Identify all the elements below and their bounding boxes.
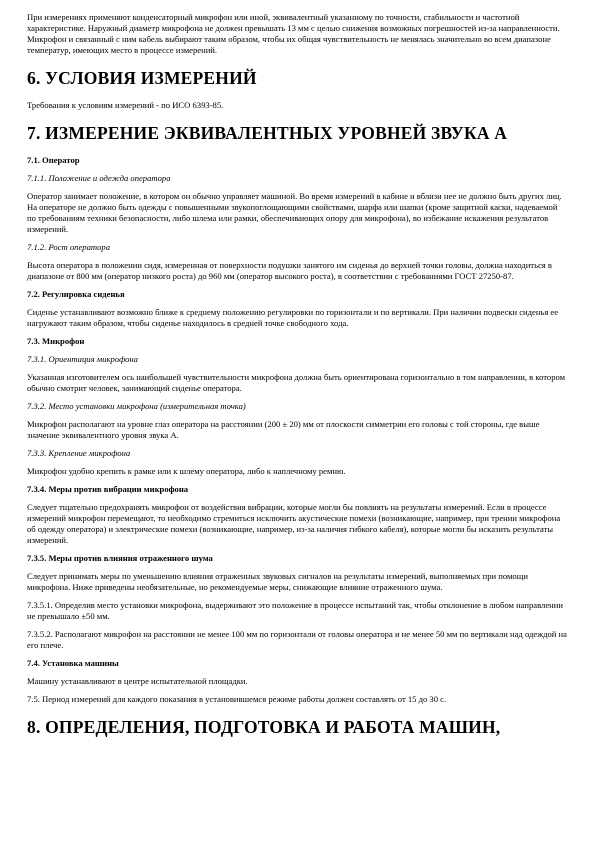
body-paragraph: Микрофон располагают на уровне глаз опер… [27,419,568,441]
subsection-heading: 7.3. Микрофон [27,336,568,347]
subsection-heading-italic: 7.3.2. Место установки микрофона (измери… [27,401,568,412]
section-heading: 6. УСЛОВИЯ ИЗМЕРЕНИЙ [27,68,568,89]
subsection-heading-italic: 7.3.1. Ориентация микрофона [27,354,568,365]
body-paragraph: Оператор занимает положение, в котором о… [27,191,568,235]
subsection-heading-italic: 7.3.3. Крепление микрофона [27,448,568,459]
body-paragraph: При измерениях применяют конденсаторный … [27,12,568,56]
document-page: При измерениях применяют конденсаторный … [0,0,595,842]
subsection-heading: 7.2. Регулировка сиденья [27,289,568,300]
subsection-heading: 7.3.4. Меры против вибрации микрофона [27,484,568,495]
subsection-heading: 7.4. Установка машины [27,658,568,669]
section-heading: 8. ОПРЕДЕЛЕНИЯ, ПОДГОТОВКА И РАБОТА МАШИ… [27,717,568,738]
subsection-heading-italic: 7.1.1. Положение и одежда оператора [27,173,568,184]
body-paragraph: Требования к условиям измерений - по ИСО… [27,100,568,111]
body-paragraph: Сиденье устанавливают возможно ближе к с… [27,307,568,329]
body-paragraph: 7.5. Период измерений для каждого показа… [27,694,568,705]
body-paragraph: Указанная изготовителем ось наибольшей ч… [27,372,568,394]
subsection-heading: 7.3.5. Меры против влияния отраженного ш… [27,553,568,564]
body-paragraph: 7.3.5.2. Располагают микрофон на расстоя… [27,629,568,651]
body-paragraph: Микрофон удобно крепить к рамке или к шл… [27,466,568,477]
document-content: При измерениях применяют конденсаторный … [27,12,568,738]
body-paragraph: Следует принимать меры по уменьшению вли… [27,571,568,593]
body-paragraph: 7.3.5.1. Определив место установки микро… [27,600,568,622]
subsection-heading: 7.1. Оператор [27,155,568,166]
body-paragraph: Машину устанавливают в центре испытатель… [27,676,568,687]
subsection-heading-italic: 7.1.2. Рост оператора [27,242,568,253]
section-heading: 7. ИЗМЕРЕНИЕ ЭКВИВАЛЕНТНЫХ УРОВНЕЙ ЗВУКА… [27,123,568,144]
body-paragraph: Высота оператора в положении сидя, измер… [27,260,568,282]
body-paragraph: Следует тщательно предохранять микрофон … [27,502,568,546]
